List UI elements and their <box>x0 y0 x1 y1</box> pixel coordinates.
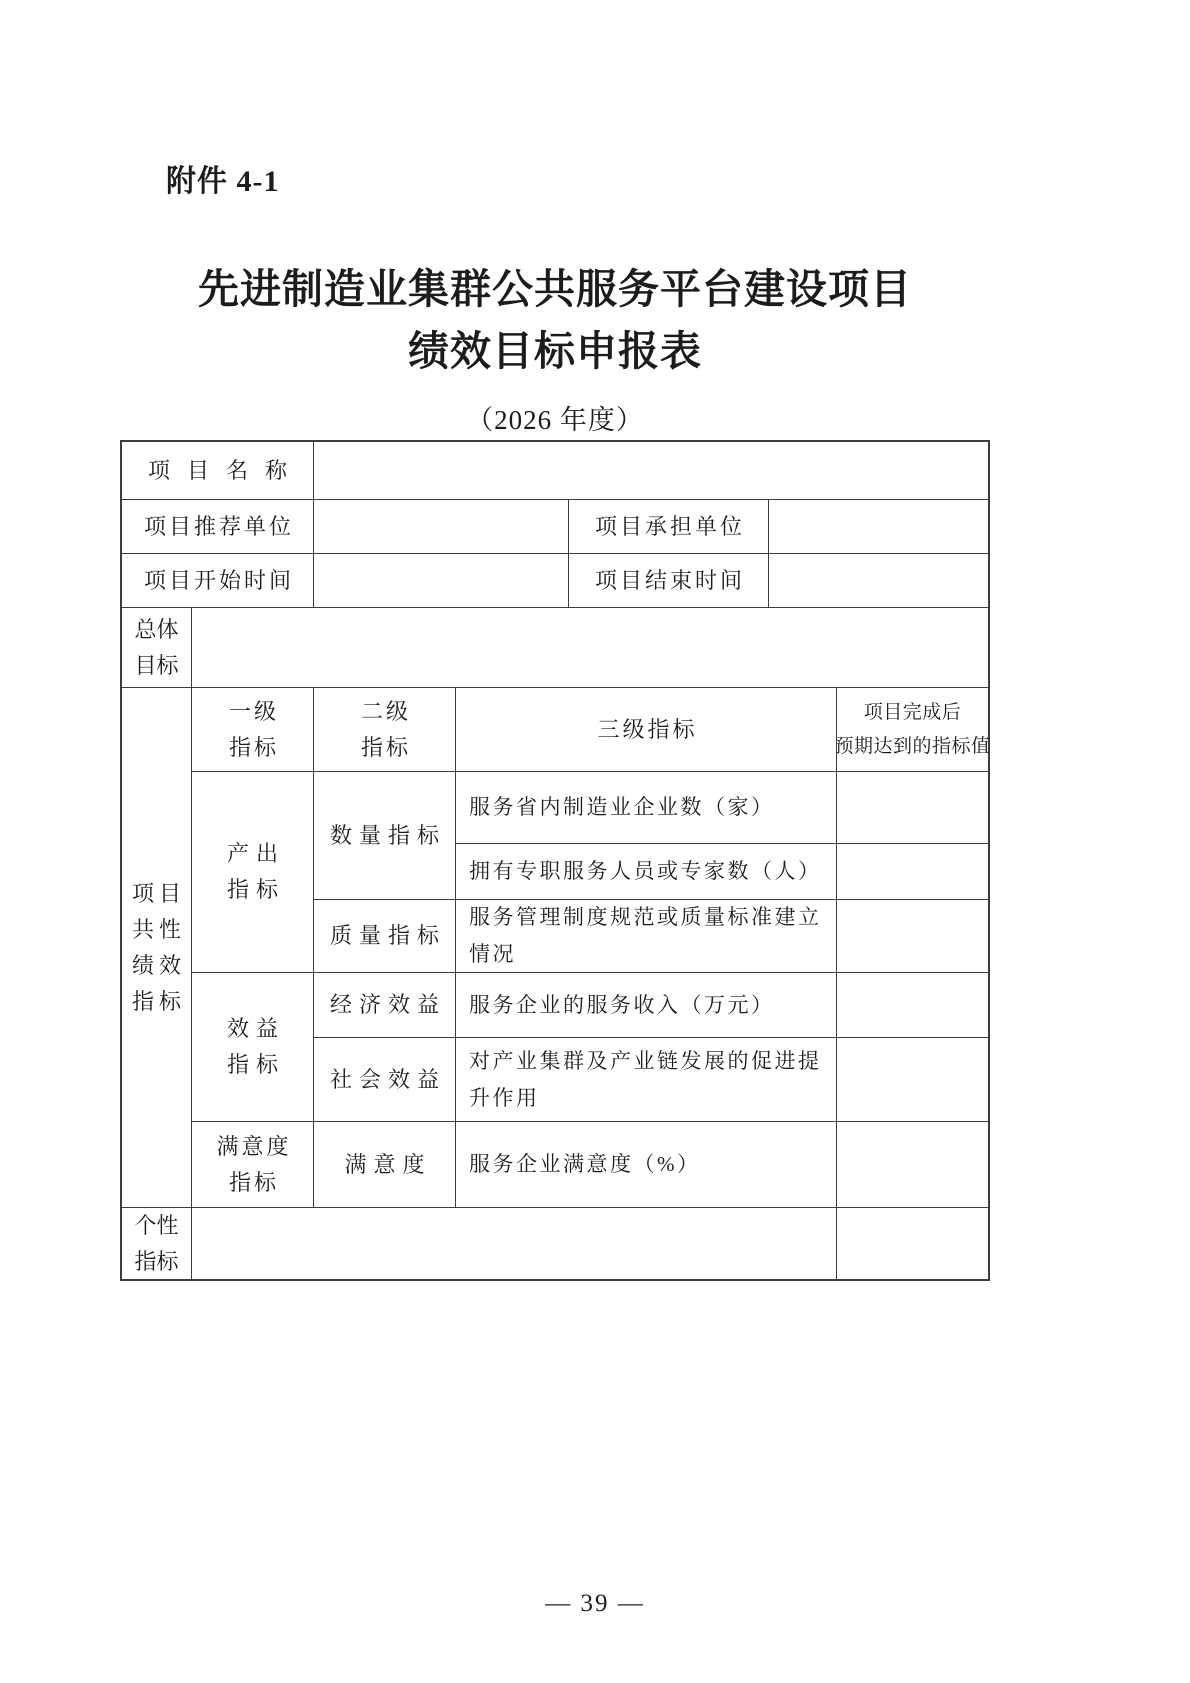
expected-input-promotion[interactable] <box>837 1038 988 1122</box>
header-level3: 三级指标 <box>456 688 837 772</box>
header-level1: 一级 指标 <box>192 688 314 772</box>
undertake-unit-label: 项目承担单位 <box>569 500 769 554</box>
start-time-input[interactable] <box>314 554 569 608</box>
expected-input-satisfaction[interactable] <box>837 1122 988 1208</box>
overall-goal-label: 总体 目标 <box>122 608 192 688</box>
attachment-label: 附件 4-1 <box>166 156 280 200</box>
satisfaction-sub-label: 满意度 <box>314 1122 456 1208</box>
quantity-sub-label: 数量指标 <box>314 772 456 900</box>
page-number: — 39 — <box>0 1590 1190 1618</box>
expected-input-standard[interactable] <box>837 900 988 973</box>
declaration-form-table: 项目名称 项目推荐单位 项目承担单位 项目开始时间 项目结束时间 总体 目标 项… <box>120 440 990 1281</box>
common-indicators-side-label: 项目 共性 绩效 指标 <box>122 688 192 1208</box>
quality-sub-label: 质量指标 <box>314 900 456 973</box>
expected-input-enterprises[interactable] <box>837 772 988 844</box>
end-time-label: 项目结束时间 <box>569 554 769 608</box>
page-title-line1: 先进制造业集群公共服务平台建设项目 <box>120 258 990 320</box>
individual-indicators-input[interactable] <box>192 1208 837 1279</box>
page-title-line2: 绩效目标申报表 <box>120 320 990 382</box>
indicator-item-promotion: 对产业集群及产业链发展的促进提升作用 <box>456 1038 837 1122</box>
benefit-group-label: 效益 指标 <box>192 973 314 1122</box>
individual-indicators-label: 个性 指标 <box>122 1208 192 1279</box>
social-sub-label: 社会效益 <box>314 1038 456 1122</box>
recommend-unit-label: 项目推荐单位 <box>122 500 314 554</box>
indicator-item-enterprises: 服务省内制造业企业数（家） <box>456 772 837 844</box>
page-title: 先进制造业集群公共服务平台建设项目 绩效目标申报表 <box>120 258 990 382</box>
header-level2: 二级 指标 <box>314 688 456 772</box>
indicator-item-satisfaction: 服务企业满意度（%） <box>456 1122 837 1208</box>
indicator-item-income: 服务企业的服务收入（万元） <box>456 973 837 1038</box>
header-expected-value: 项目完成后 预期达到的指标值 <box>837 688 988 772</box>
expected-input-staff[interactable] <box>837 844 988 900</box>
indicator-item-staff: 拥有专职服务人员或专家数（人） <box>456 844 837 900</box>
output-group-label: 产出 指标 <box>192 772 314 973</box>
end-time-input[interactable] <box>769 554 988 608</box>
project-name-input[interactable] <box>314 442 988 500</box>
undertake-unit-input[interactable] <box>769 500 988 554</box>
individual-expected-input[interactable] <box>837 1208 988 1279</box>
document-page: 附件 4-1 先进制造业集群公共服务平台建设项目 绩效目标申报表 （2026 年… <box>0 0 1190 1683</box>
page-subtitle: （2026 年度） <box>120 398 990 437</box>
recommend-unit-input[interactable] <box>314 500 569 554</box>
satisfaction-group-label: 满意度 指标 <box>192 1122 314 1208</box>
economic-sub-label: 经济效益 <box>314 973 456 1038</box>
expected-input-income[interactable] <box>837 973 988 1038</box>
project-name-label: 项目名称 <box>122 442 314 500</box>
start-time-label: 项目开始时间 <box>122 554 314 608</box>
indicator-item-standard: 服务管理制度规范或质量标准建立情况 <box>456 900 837 973</box>
overall-goal-input[interactable] <box>192 608 988 688</box>
